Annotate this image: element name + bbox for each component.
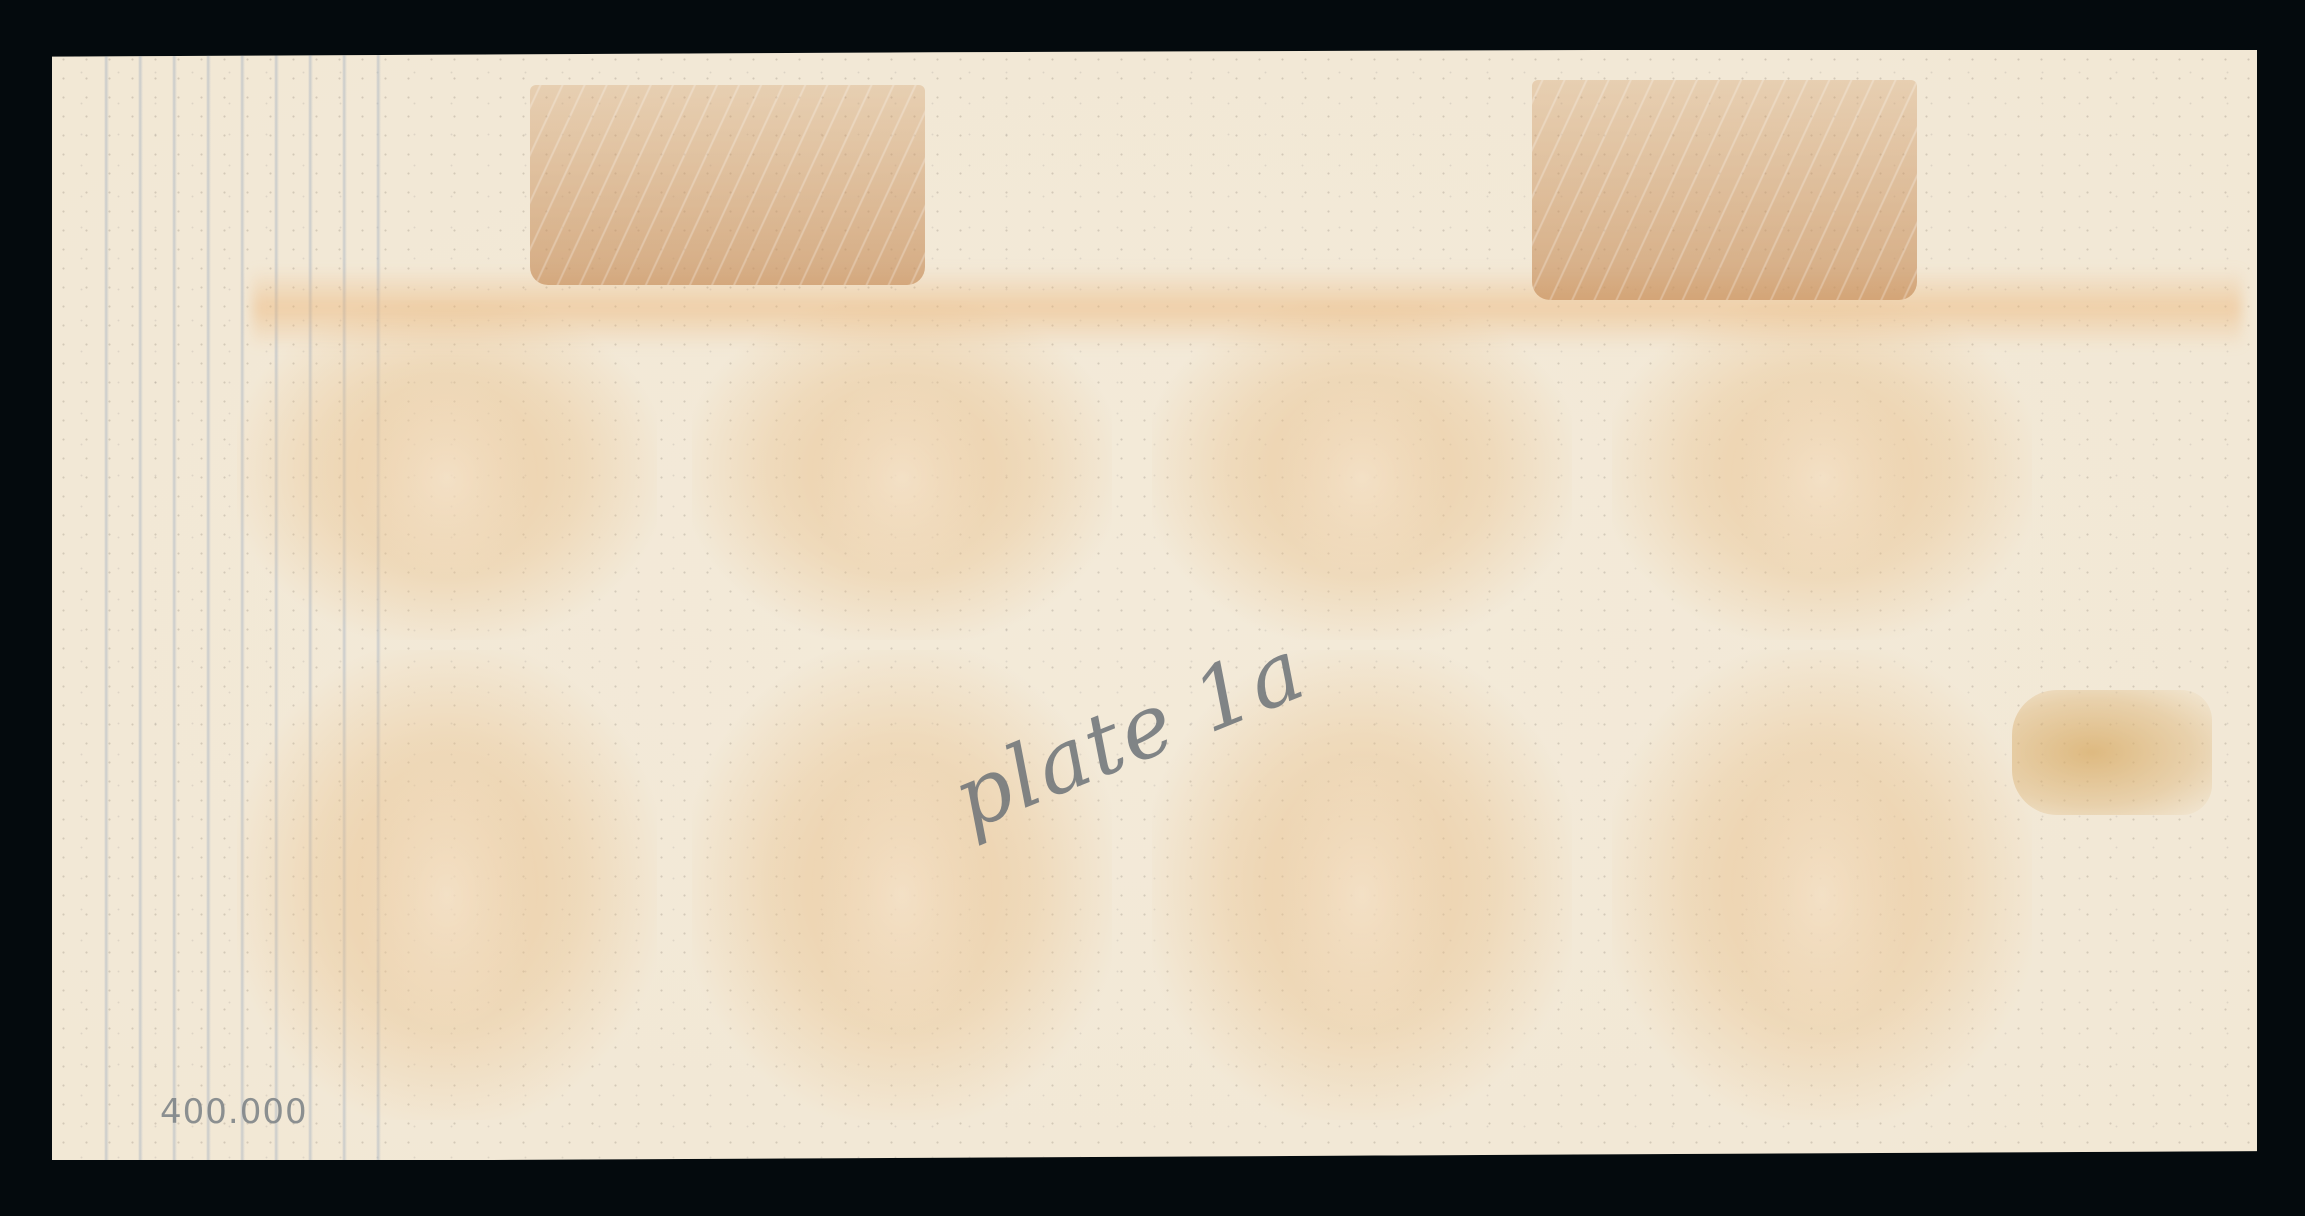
stamp-ghost-r1c1	[237, 300, 657, 640]
hinge-remnant-top-left	[530, 85, 925, 285]
stamp-ghost-r1c3	[1152, 300, 1572, 640]
pencil-quantity-annotation: 400.000	[160, 1092, 308, 1132]
stamp-ghost-r1c2	[692, 300, 1112, 640]
hinge-stain-lower-right	[2012, 690, 2212, 815]
stamp-block-reverse: plate 1a 400.000	[52, 50, 2257, 1160]
stamp-ghost-r1c4	[1612, 300, 2032, 640]
stamp-ghost-r2c4	[1612, 650, 2032, 1120]
hinge-remnant-top-right	[1532, 80, 1917, 300]
stamp-ghost-r2c1	[237, 650, 657, 1120]
